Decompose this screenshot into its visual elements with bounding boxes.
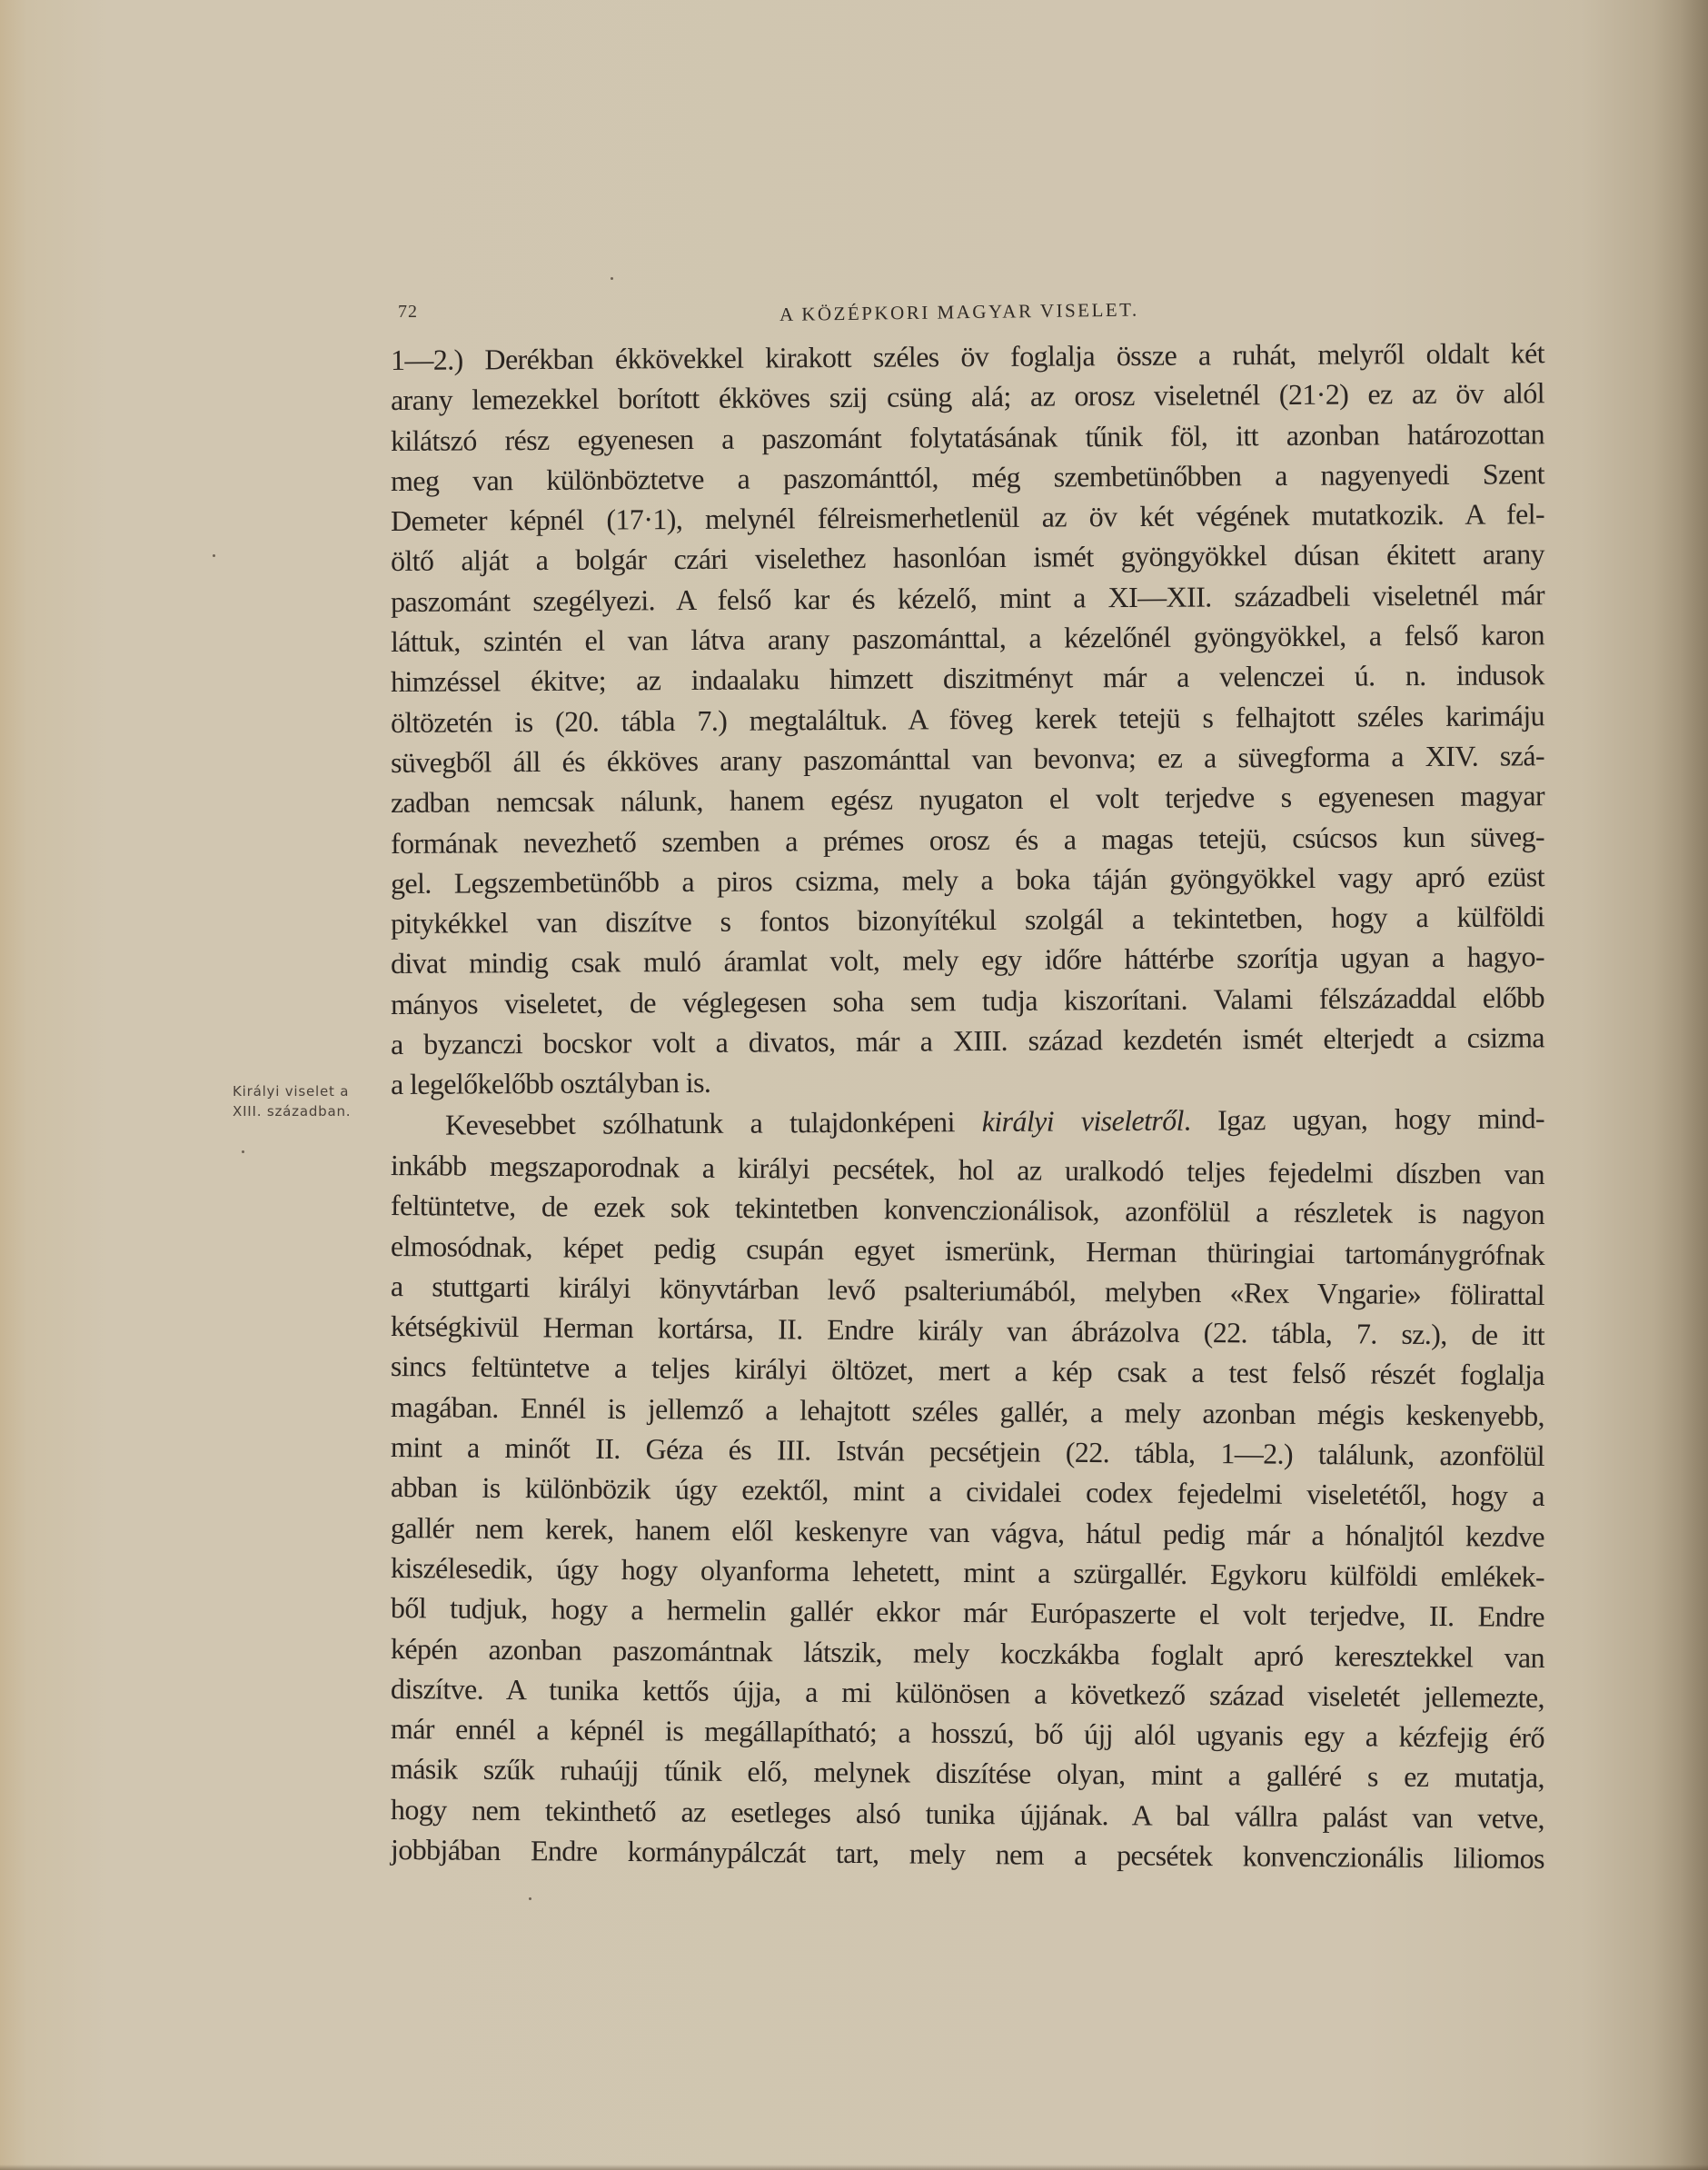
page-number: 72	[398, 302, 418, 323]
running-head: 72 A KÖZÉPKORI MAGYAR VISELET.	[398, 300, 1543, 336]
text-line: paszománt szegélyezi. A felső kar és kéz…	[391, 574, 1544, 622]
text-line: Kevesebbet szólhatunk a tulajdonképeni k…	[391, 1098, 1544, 1145]
paper-speck	[529, 1897, 531, 1900]
text-line: gel. Legszembetünőbb a piros csizma, mel…	[391, 856, 1544, 903]
text-line: zadban nemcsak nálunk, hanem egész nyuga…	[391, 776, 1544, 823]
bottom-edge-shadow	[0, 2165, 1708, 2170]
emphasized-phrase: királyi viseletről	[982, 1103, 1184, 1137]
margin-note: Királyi viselet a XIII. században.	[233, 1081, 351, 1121]
text-line: meg van különböztetve a paszománttól, mé…	[391, 453, 1544, 501]
text-line: divat mindig csak muló áramlat volt, mel…	[391, 937, 1544, 984]
text-line: mányos viseletet, de véglegesen soha sem…	[391, 977, 1544, 1024]
text-line: himzéssel ékitve; az indaalaku himzett d…	[391, 655, 1544, 702]
text-line: formának nevezhető szemben a prémes oros…	[391, 816, 1544, 863]
page-edge-shadow	[1653, 0, 1708, 2170]
text-line: jobbjában Endre kormánypálczát tart, mel…	[391, 1829, 1544, 1878]
margin-note-line: XIII. században.	[233, 1101, 351, 1121]
margin-note-line: Királyi viselet a	[233, 1081, 351, 1101]
text-line: öltő alját a bolgár czári viselethez has…	[391, 534, 1544, 582]
body-text: 1—2.) Derékban ékkövekkel kirakott széle…	[391, 340, 1544, 1869]
text-line: öltözetén is (20. tábla 7.) megtaláltuk.…	[391, 695, 1544, 742]
text-line: a legelőkelőbb osztályban is.	[391, 1058, 1544, 1105]
text-line: kilátszó rész egyenesen a paszománt foly…	[391, 413, 1544, 461]
text-line: arany lemezekkel borított ékköves szij c…	[391, 373, 1544, 421]
paper-speck	[242, 1150, 244, 1153]
running-title: A KÖZÉPKORI MAGYAR VISELET.	[780, 298, 1139, 326]
book-page: 72 A KÖZÉPKORI MAGYAR VISELET. Királyi v…	[0, 0, 1708, 2170]
paper-speck	[213, 554, 215, 557]
paper-speck	[611, 277, 613, 280]
